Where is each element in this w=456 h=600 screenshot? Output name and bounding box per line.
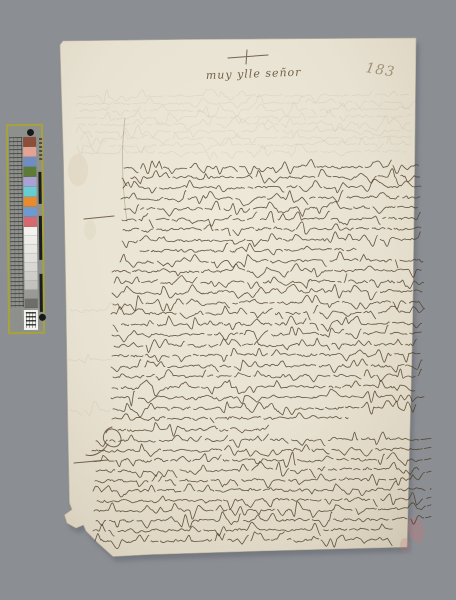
grayscale-patch: [24, 245, 37, 254]
foxing-stain: [68, 154, 88, 186]
grayscale-patch: [24, 272, 37, 281]
color-patch: [24, 217, 37, 227]
grayscale-patch: [25, 299, 38, 308]
grayscale-patch: [24, 254, 37, 263]
grayscale-patch: [24, 236, 37, 245]
calibration-info-box: [23, 309, 39, 331]
calibration-micro-text: [26, 312, 36, 328]
registration-dot-top: [27, 129, 34, 136]
calibration-side-label: [39, 138, 42, 162]
color-patch: [24, 187, 37, 197]
calibration-black-bar: [39, 274, 42, 312]
color-patch: [23, 157, 36, 167]
color-patch: [24, 197, 37, 207]
color-patch: [23, 137, 36, 147]
pink-stain: [400, 538, 410, 552]
foxing-stain: [84, 220, 96, 240]
color-patch: [23, 147, 36, 157]
color-patch: [23, 167, 36, 177]
color-patch: [23, 177, 36, 187]
grayscale-patch: [24, 227, 37, 236]
color-patch: [24, 207, 37, 217]
registration-dot-bottom: [39, 314, 46, 321]
calibration-ruler-scale: [9, 137, 24, 307]
manuscript-scene: muy ylle señor 183: [0, 0, 456, 600]
color-calibration-strip: [6, 124, 45, 334]
grayscale-patch: [25, 281, 38, 290]
calibration-black-bar: [39, 216, 42, 260]
grayscale-patch: [24, 263, 37, 272]
calibration-black-bar: [38, 172, 41, 204]
archival-photograph: muy ylle señor 183: [0, 0, 456, 600]
grayscale-patch: [25, 290, 38, 299]
color-patch-column: [23, 137, 38, 308]
